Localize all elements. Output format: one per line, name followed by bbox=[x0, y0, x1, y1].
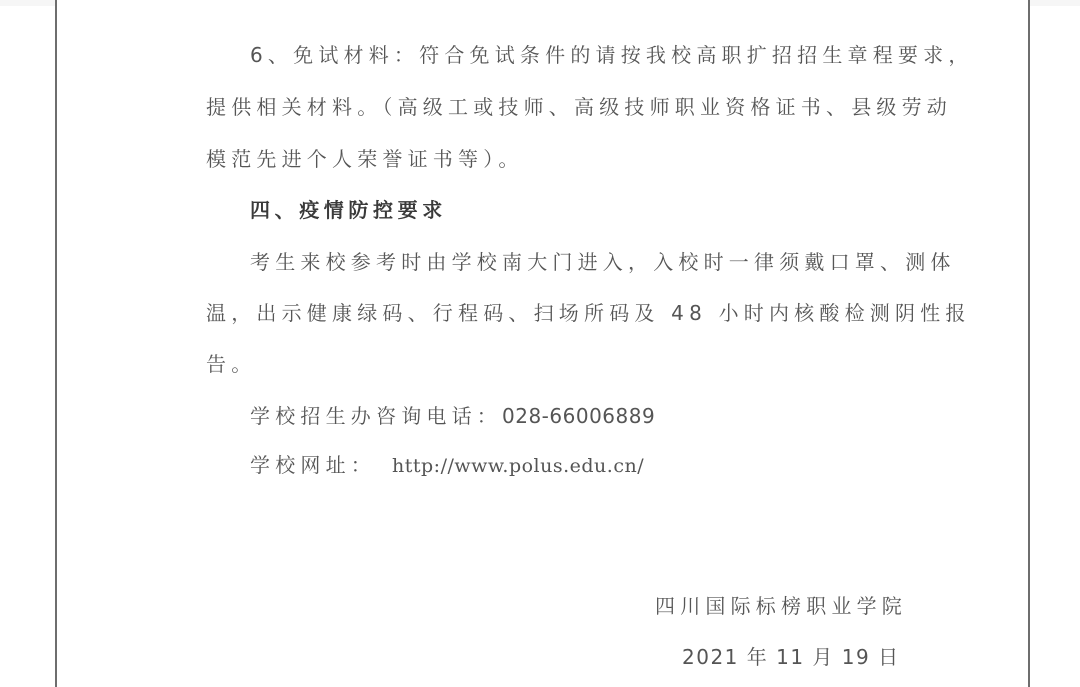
signature-institution: 四川国际标榜职业学院 bbox=[655, 592, 907, 620]
contact-website: 学校网址：http://www.polus.edu.cn/ bbox=[250, 451, 644, 480]
phone-label: 学校招生办咨询电话： bbox=[250, 404, 502, 428]
paragraph-6-line-2: 提供相关材料。（高级工或技师、高级技师职业资格证书、县级劳动 bbox=[206, 93, 952, 121]
paragraph-6-line-1: 6、免试材料：符合免试条件的请按我校高职扩招招生章程要求， bbox=[250, 41, 974, 69]
section-4-heading: 四、疫情防控要求 bbox=[250, 196, 447, 224]
signature-date: 2021 年 11 月 19 日 bbox=[682, 643, 900, 671]
phone-value: 028-66006889 bbox=[502, 404, 655, 428]
section-4-line-2: 温，出示健康绿码、行程码、扫场所码及 48 小时内核酸检测阴性报 bbox=[206, 299, 971, 327]
section-4-line-1: 考生来校参考时由学校南大门进入，入校时一律须戴口罩、测体 bbox=[250, 248, 956, 276]
section-4-line-3: 告。 bbox=[206, 350, 256, 378]
website-link[interactable]: http://www.polus.edu.cn/ bbox=[392, 455, 644, 477]
contact-phone: 学校招生办咨询电话：028-66006889 bbox=[250, 402, 655, 430]
document-page: 6、免试材料：符合免试条件的请按我校高职扩招招生章程要求， 提供相关材料。（高级… bbox=[55, 0, 1030, 687]
paragraph-6-line-3: 模范先进个人荣誉证书等）。 bbox=[206, 145, 524, 173]
website-label: 学校网址： bbox=[250, 453, 376, 477]
